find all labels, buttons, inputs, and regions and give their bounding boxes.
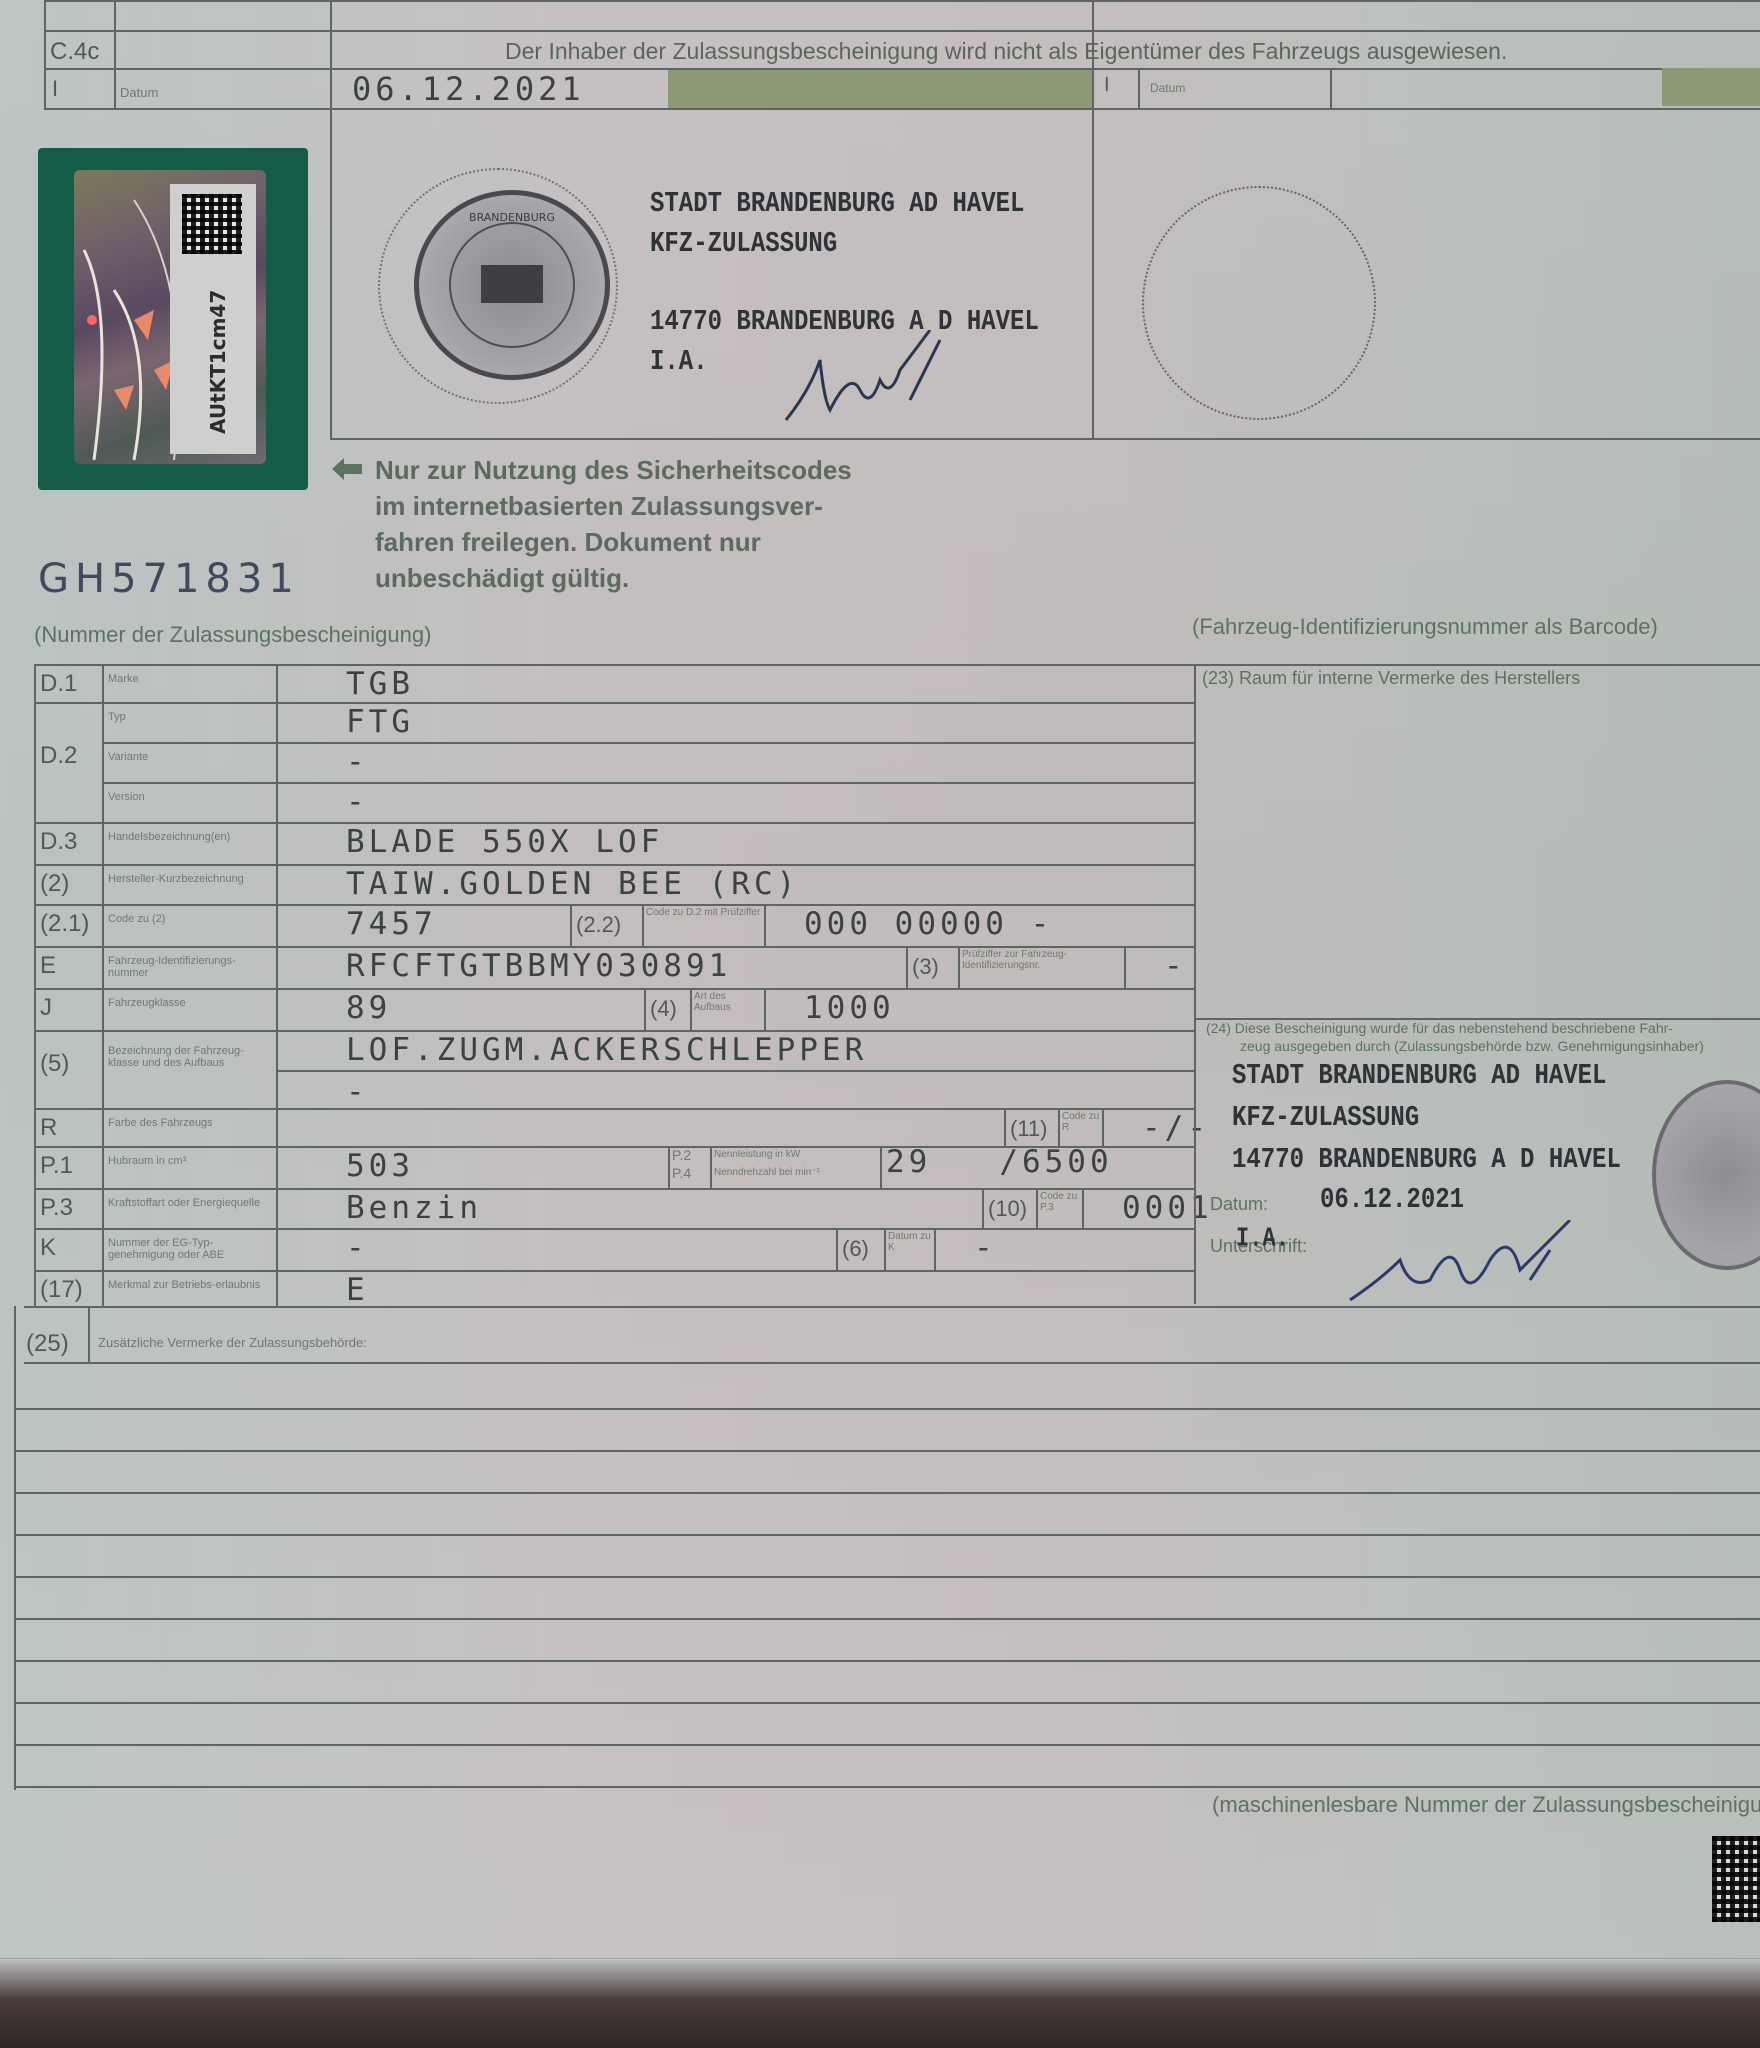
subfield-value: 000 00000 -: [804, 906, 1053, 942]
subfield-label: Prüfziffer zur Fahrzeug-Identifizierungs…: [962, 950, 1122, 971]
field-label: Handelsbezeichnung(en): [108, 832, 268, 844]
divider: [34, 1228, 1194, 1230]
field-value: 7457: [346, 906, 437, 942]
field-value: FTG: [346, 704, 414, 740]
divider: [34, 702, 1194, 704]
f24-authority2: KFZ-ZULASSUNG: [1232, 1102, 1419, 1134]
divider: [1004, 1108, 1006, 1146]
field-code: R: [40, 1114, 57, 1142]
field-code: P.3: [40, 1194, 73, 1222]
subfield-code: (11): [1010, 1116, 1048, 1142]
divider: [34, 664, 36, 1306]
subfield-code: (2.2): [576, 912, 621, 938]
field-code: (2.1): [40, 910, 89, 938]
subfield-value: 1000: [804, 990, 895, 1026]
divider: [24, 1306, 1760, 1308]
f24-ia: I.A.: [1236, 1224, 1289, 1254]
field-label: Bezeichnung der Fahrzeug-klasse und des …: [108, 1046, 268, 1069]
divider: [1082, 1188, 1084, 1228]
subfield-value: -: [1164, 948, 1187, 984]
divider: [644, 988, 646, 1030]
field-label: Fahrzeugklasse: [108, 998, 268, 1010]
ruled-line: [14, 1576, 1760, 1578]
f24-authority3: 14770 BRANDENBURG A D HAVEL: [1232, 1144, 1621, 1176]
subfield-label: Datum zu K: [888, 1232, 932, 1253]
divider: [1124, 946, 1126, 988]
divider: [14, 1306, 16, 1790]
f24-authority1: STADT BRANDENBURG AD HAVEL: [1232, 1060, 1606, 1092]
field-value: LOF.ZUGM.ACKERSCHLEPPER: [346, 1032, 867, 1068]
subfield-label: Nennleistung in kW: [714, 1150, 800, 1161]
divider: [88, 1306, 90, 1364]
divider: [982, 1188, 984, 1228]
subfield-value: 0001: [1122, 1190, 1213, 1226]
field-value: BLADE 550X LOF: [346, 824, 663, 860]
table-surface: [0, 1960, 1760, 2048]
perforation: [0, 1958, 1760, 1959]
field-value: -: [346, 1230, 369, 1266]
field-value: -: [346, 744, 369, 780]
divider: [34, 1270, 1194, 1272]
field-value: 89: [346, 990, 391, 1026]
divider: [34, 1188, 1194, 1190]
subfield-label: Code zu R: [1062, 1112, 1100, 1133]
field-label: Kraftstoffart oder Energiequelle: [108, 1198, 268, 1210]
field-label: Hubraum in cm³: [108, 1156, 268, 1168]
field-value: -: [346, 784, 369, 820]
field-label: Hersteller-Kurzbezeichnung: [108, 874, 268, 886]
signature-icon: [1340, 1220, 1600, 1310]
subfield-label: Code zu D.2 mit Prüfziffer: [646, 908, 762, 919]
field-code: (5): [40, 1050, 69, 1078]
f24-datum-value: 06.12.2021: [1320, 1184, 1464, 1216]
divider: [34, 664, 1760, 666]
ruled-line: [14, 1744, 1760, 1746]
f24-datum-label: Datum:: [1210, 1194, 1268, 1215]
subfield-code: (4): [650, 996, 677, 1022]
field-label: Version: [108, 792, 268, 804]
field-label: Code zu (2): [108, 914, 268, 926]
field-24-line1: (24) Diese Bescheinigung wurde für das n…: [1206, 1020, 1673, 1036]
subfield-code: (10): [988, 1196, 1027, 1222]
ruled-line: [14, 1534, 1760, 1536]
field-code: D.2: [40, 742, 77, 770]
subfield-label: Code zu P.3: [1040, 1192, 1080, 1213]
field-25-label: Zusätzliche Vermerke der Zulassungsbehör…: [98, 1336, 367, 1350]
field-24-line2: zeug ausgegeben durch (Zulassungsbehörde…: [1240, 1038, 1704, 1054]
subfield-code: (3): [912, 954, 939, 980]
field-value: -: [346, 1074, 369, 1110]
datamatrix-icon: [1712, 1836, 1760, 1922]
ruled-line: [14, 1450, 1760, 1452]
ruled-line: [14, 1660, 1760, 1662]
ruled-line: [14, 1786, 1760, 1788]
field-label: Typ: [108, 712, 268, 724]
machine-readable-caption: (maschinenlesbare Nummer der Zulassungsb…: [1212, 1792, 1760, 1818]
divider: [1036, 1188, 1038, 1228]
divider: [102, 782, 1194, 784]
divider: [668, 1146, 670, 1188]
field-label: Variante: [108, 752, 268, 764]
ruled-line: [14, 1702, 1760, 1704]
divider: [642, 904, 644, 946]
divider: [1102, 1108, 1104, 1146]
divider: [906, 946, 908, 988]
ruled-line: [14, 1618, 1760, 1620]
field-label: Marke: [108, 674, 268, 686]
divider: [276, 1070, 1194, 1072]
ruled-line: [14, 1492, 1760, 1494]
divider: [934, 1228, 936, 1270]
subfield-value: 29 /6500: [886, 1144, 1113, 1180]
field-code: D.1: [40, 670, 77, 698]
divider: [836, 1228, 838, 1270]
divider: [1194, 664, 1196, 1304]
subfield-code: (6): [842, 1236, 869, 1262]
field-value: TAIW.GOLDEN BEE (RC): [346, 866, 799, 902]
field-25-code: (25): [26, 1330, 69, 1358]
field-code: J: [40, 994, 52, 1022]
field-label: Merkmal zur Betriebs-erlaubnis: [108, 1280, 268, 1292]
divider: [102, 664, 104, 1306]
subfield-label: Art des Aufbaus: [694, 992, 762, 1013]
field-23-label: (23) Raum für interne Vermerke des Herst…: [1202, 668, 1580, 689]
divider: [764, 904, 766, 946]
field-value: 503: [346, 1148, 414, 1184]
divider: [34, 1108, 1194, 1110]
ruled-line: [14, 1408, 1760, 1410]
field-value: TGB: [346, 666, 414, 702]
field-label: Farbe des Fahrzeugs: [108, 1118, 268, 1130]
field-value: RFCFTGTBBMY030891: [346, 948, 731, 984]
field-code: (17): [40, 1276, 83, 1304]
divider: [764, 988, 766, 1030]
divider: [1058, 1108, 1060, 1146]
divider: [24, 1362, 1760, 1364]
field-value: Benzin: [346, 1190, 482, 1226]
divider: [880, 1146, 882, 1188]
divider: [690, 988, 692, 1030]
subfield-code: P.2: [672, 1148, 691, 1163]
divider: [276, 664, 278, 1306]
vehicle-data-table: D.1MarkeTGBD.2TypFTGVariante-Version-D.3…: [0, 0, 1760, 1400]
field-code: (2): [40, 870, 69, 898]
field-label: Fahrzeug-Identifizierungs-nummer: [108, 956, 268, 979]
field-code: E: [40, 952, 56, 980]
divider: [710, 1146, 712, 1188]
field-code: K: [40, 1234, 56, 1262]
divider: [884, 1228, 886, 1270]
divider: [34, 988, 1194, 990]
divider: [570, 904, 572, 946]
field-code: P.1: [40, 1152, 73, 1180]
field-label: Nummer der EG-Typ-genehmigung oder ABE: [108, 1238, 268, 1261]
divider: [102, 742, 1194, 744]
field-value: E: [346, 1272, 369, 1308]
subfield-value: -: [974, 1230, 997, 1266]
field-code: D.3: [40, 828, 77, 856]
subfield-label: Nenndrehzahl bei min⁻¹: [714, 1168, 820, 1179]
subfield-value: -/-: [1142, 1110, 1210, 1146]
divider: [958, 946, 960, 988]
subfield-code: P.4: [672, 1166, 691, 1181]
